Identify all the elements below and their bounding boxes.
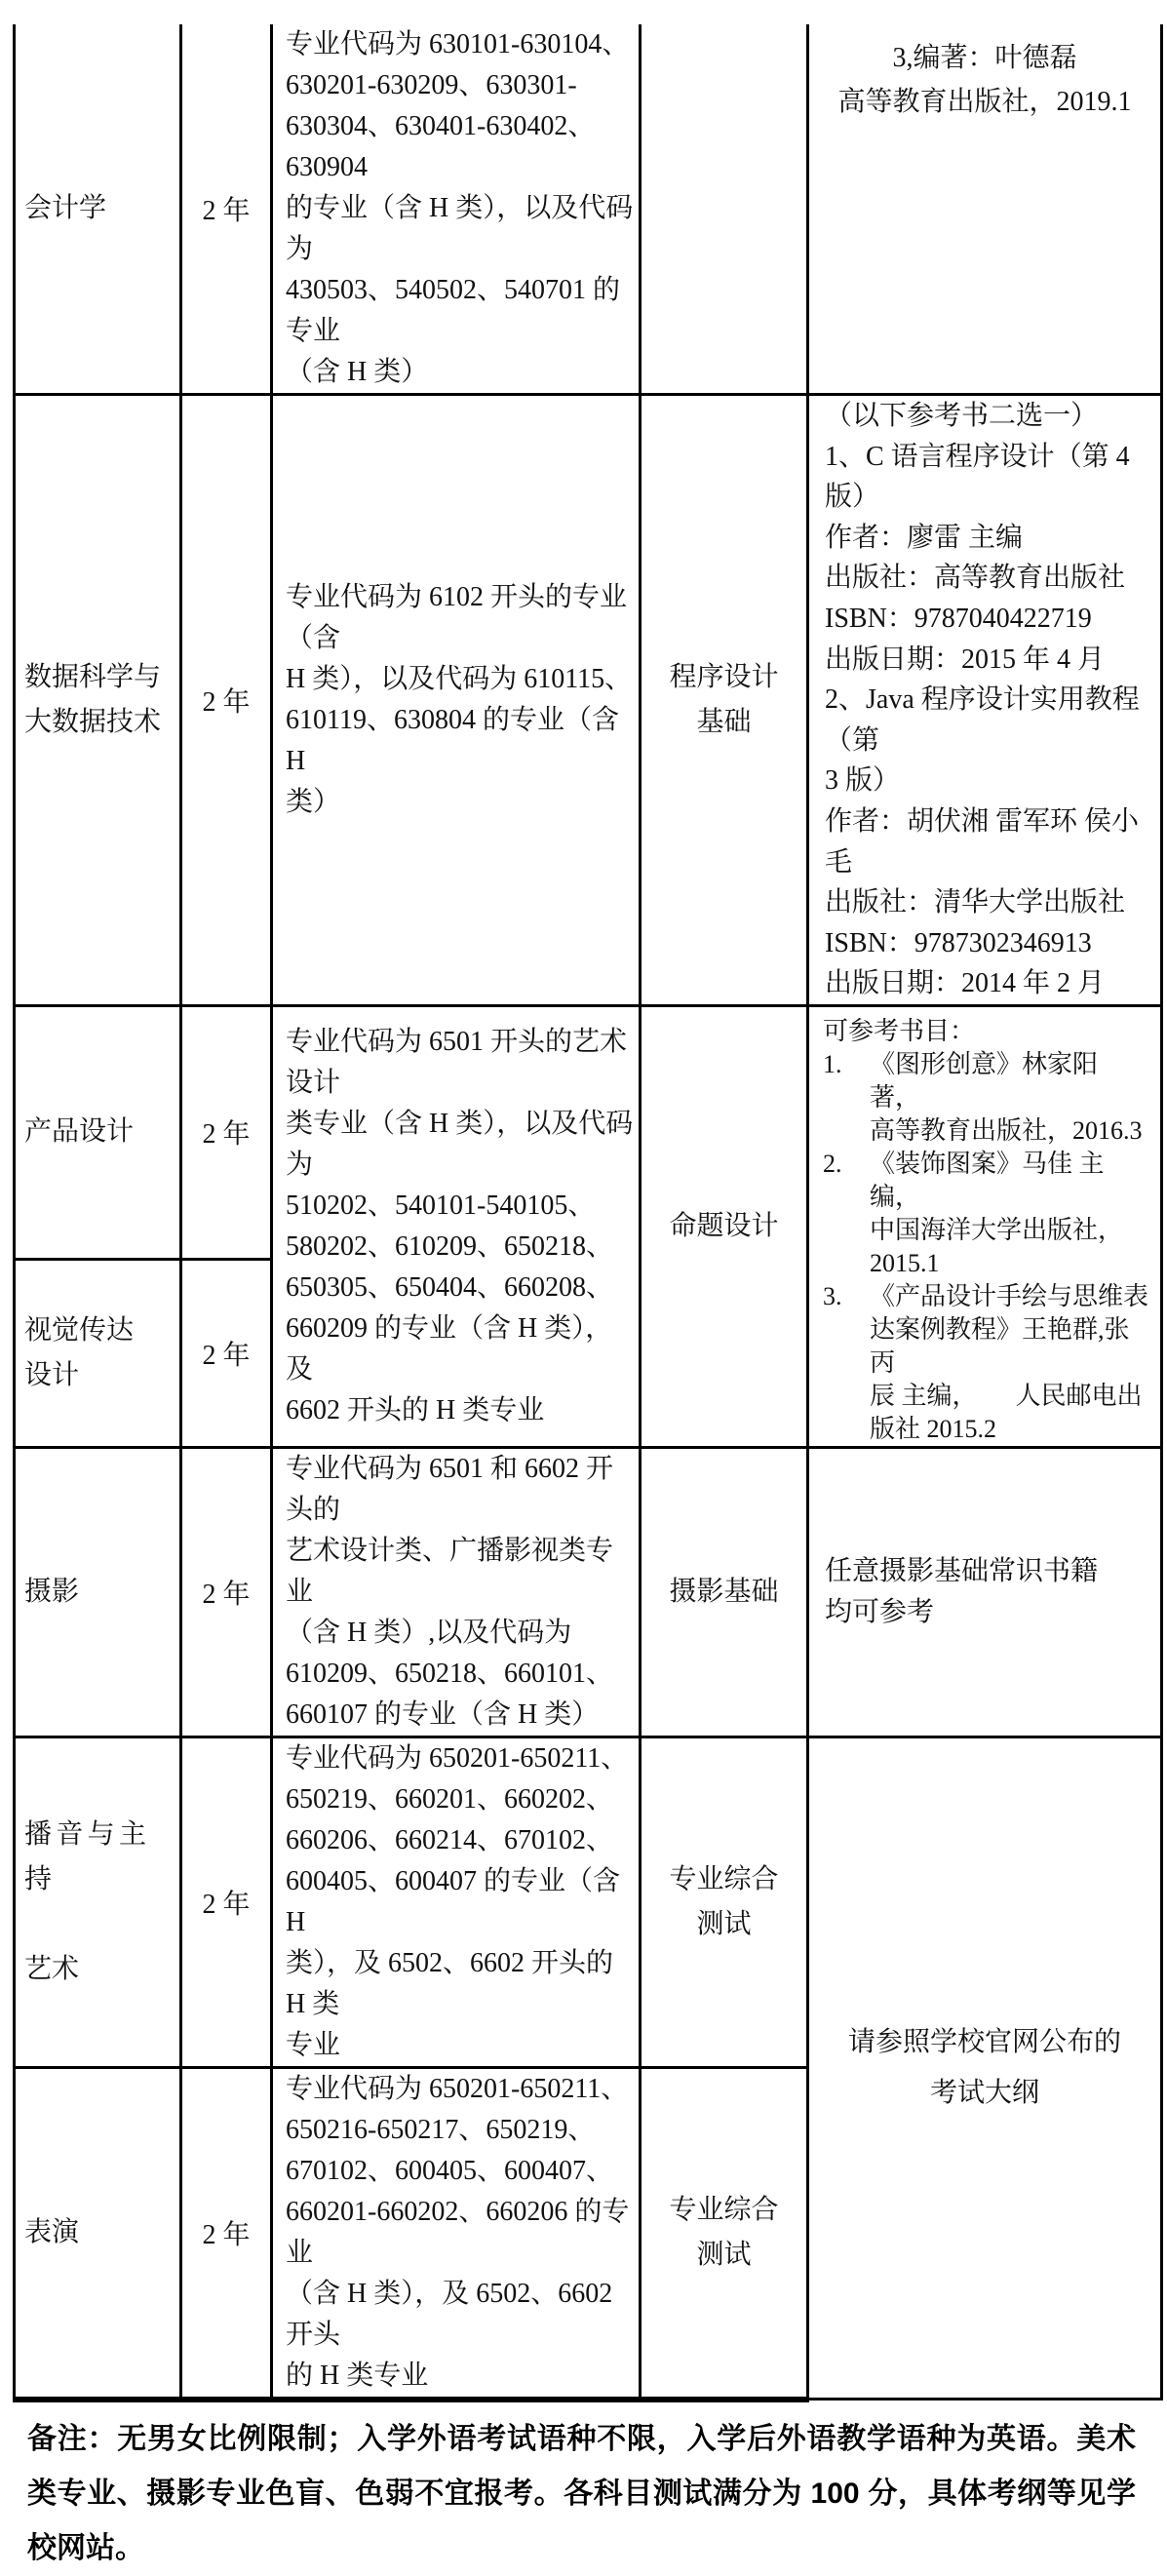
admission-majors-table: 会计学 2 年 专业代码为 630101-630104、 630201-6302… <box>13 24 1163 2402</box>
cell-major: 视觉传达 设计 <box>15 1259 181 1447</box>
cell-references-merged: 请参照学校官网公布的 考试大纲 <box>808 1737 1162 2400</box>
cell-major: 产品设计 <box>15 1005 181 1259</box>
remarks-note: 备注：无男女比例限制；入学外语考试语种不限，入学后外语教学语种为英语。美术类专业… <box>27 2412 1136 2576</box>
reference-item-text: 《图形创意》林家阳 著， 高等教育出版社，2016.3 <box>870 1048 1152 1148</box>
major-label-line1: 播音与主持 <box>24 1813 172 1902</box>
cell-years: 2 年 <box>181 1259 272 1447</box>
cell-subject: 程序设计 基础 <box>641 395 808 1006</box>
cell-major: 播音与主持 艺术 <box>15 1737 181 2067</box>
row-accounting: 会计学 2 年 专业代码为 630101-630104、 630201-6302… <box>15 24 1162 395</box>
cell-major: 表演 <box>15 2067 181 2400</box>
row-data-science: 数据科学与 大数据技术 2 年 专业代码为 6102 开头的专业（含 H 类），… <box>15 395 1162 1006</box>
major-label-line2: 艺术 <box>24 1947 172 1992</box>
document-page: 会计学 2 年 专业代码为 630101-630104、 630201-6302… <box>0 24 1167 2576</box>
cell-codes: 专业代码为 6501 和 6602 开头的 艺术设计类、广播影视类专业 （含 H… <box>272 1447 641 1737</box>
cell-codes: 专业代码为 650201-650211、 650219、660201、66020… <box>272 1737 641 2067</box>
reference-item: 3. 《产品设计手绘与思维表 达案例教程》王艳群,张丙 辰 主编， 人民邮电出 … <box>823 1280 1152 1446</box>
cell-references: 任意摄影基础常识书籍 均可参考 <box>808 1447 1162 1737</box>
reference-item: 2. 《装饰图案》马佳 主编， 中国海洋大学出版社， 2015.1 <box>823 1148 1152 1280</box>
cell-years: 2 年 <box>181 24 272 395</box>
cell-references: （以下参考书二选一） 1、C 语言程序设计（第 4 版） 作者：廖雷 主编 出版… <box>808 395 1162 1006</box>
row-product-design: 产品设计 2 年 专业代码为 6501 开头的艺术设计 类专业（含 H 类），以… <box>15 1005 1162 1259</box>
cell-references-merged: 可参考书目： 1. 《图形创意》林家阳 著， 高等教育出版社，2016.3 2.… <box>808 1005 1162 1447</box>
reference-item-text: 《产品设计手绘与思维表 达案例教程》王艳群,张丙 辰 主编， 人民邮电出 版社 … <box>870 1280 1152 1446</box>
reference-item-number: 2. <box>823 1148 870 1181</box>
reference-item-number: 3. <box>823 1280 870 1313</box>
cell-major: 会计学 <box>15 24 181 395</box>
reference-item-text: 《装饰图案》马佳 主编， 中国海洋大学出版社， 2015.1 <box>870 1148 1152 1280</box>
row-broadcasting: 播音与主持 艺术 2 年 专业代码为 650201-650211、 650219… <box>15 1737 1162 2067</box>
reference-list-title: 可参考书目： <box>823 1015 1152 1048</box>
cell-years: 2 年 <box>181 1737 272 2067</box>
cell-subject-merged: 命题设计 <box>641 1005 808 1447</box>
cell-years: 2 年 <box>181 1005 272 1259</box>
row-photography: 摄影 2 年 专业代码为 6501 和 6602 开头的 艺术设计类、广播影视类… <box>15 1447 1162 1737</box>
cell-codes: 专业代码为 630101-630104、 630201-630209、63030… <box>272 24 641 395</box>
reference-item: 1. 《图形创意》林家阳 著， 高等教育出版社，2016.3 <box>823 1048 1152 1148</box>
cell-major: 摄影 <box>15 1447 181 1737</box>
cell-years: 2 年 <box>181 1447 272 1737</box>
cell-subject <box>641 24 808 395</box>
cell-major: 数据科学与 大数据技术 <box>15 395 181 1006</box>
cell-codes-merged: 专业代码为 6501 开头的艺术设计 类专业（含 H 类），以及代码为 5102… <box>272 1005 641 1447</box>
cell-years: 2 年 <box>181 2067 272 2400</box>
cell-references: 3,编著：叶德磊 高等教育出版社，2019.1 <box>808 24 1162 395</box>
cell-years: 2 年 <box>181 395 272 1006</box>
cell-codes: 专业代码为 650201-650211、 650216-650217、65021… <box>272 2067 641 2400</box>
cell-subject: 专业综合 测试 <box>641 1737 808 2067</box>
cell-subject: 摄影基础 <box>641 1447 808 1737</box>
cell-codes: 专业代码为 6102 开头的专业（含 H 类），以及代码为 610115、 61… <box>272 395 641 1006</box>
reference-item-number: 1. <box>823 1048 870 1081</box>
cell-subject: 专业综合 测试 <box>641 2067 808 2400</box>
